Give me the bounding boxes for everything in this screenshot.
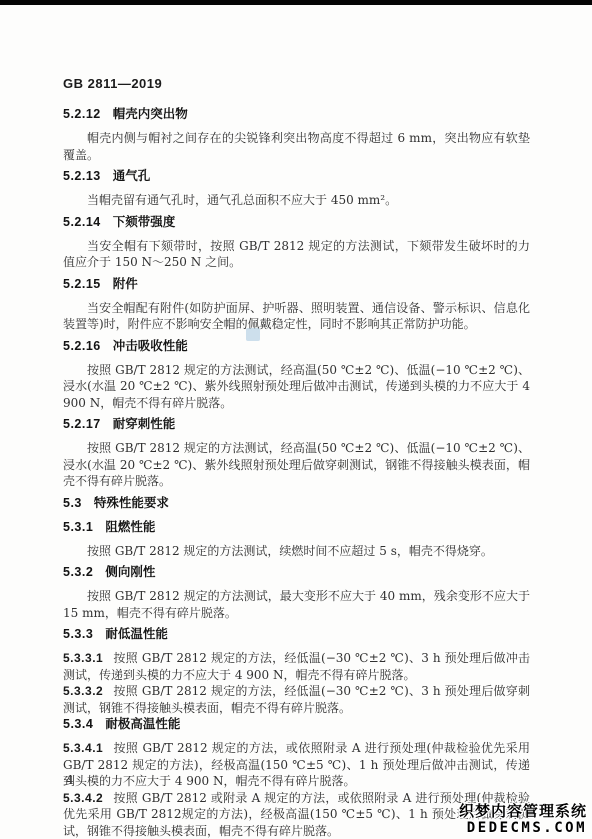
paragraph-text: 按照 GB/T 2812 规定的方法测试，经高温(50 ℃±2 ℃)、低温(−1… — [63, 363, 530, 410]
section-heading: 5.2.12帽壳内突出物 — [63, 106, 530, 123]
paragraph: 按照 GB/T 2812 规定的方法测试，最大变形不应大于 40 mm，残余变形… — [63, 588, 530, 621]
section-heading: 5.2.14下颏带强度 — [63, 214, 530, 231]
clause-title: 耐低温性能 — [105, 627, 168, 641]
clause-number: 5.2.15 — [63, 277, 101, 291]
cms-watermark-chinese: 织梦内容管理系统 — [459, 804, 587, 821]
subclause-paragraph: 5.3.4.1按照 GB/T 2812 规定的方法，或依照附录 A 进行预处理(… — [63, 740, 530, 790]
cms-watermark: 织梦内容管理系统 DEDECMS.COM — [459, 804, 587, 836]
paragraph-text: 帽壳内侧与帽衬之间存在的尖锐锋利突出物高度不得超过 6 mm，突出物应有软垫覆盖… — [63, 131, 530, 162]
cms-watermark-domain: DEDECMS.COM — [459, 821, 587, 836]
paragraph-text: 按照 GB/T 2812 规定的方法测试，经高温(50 ℃±2 ℃)、低温(−1… — [63, 441, 530, 488]
clause-number: 5.3 — [63, 496, 82, 510]
clause-number: 5.3.2 — [63, 565, 93, 579]
clause-number: 5.3.3 — [63, 627, 93, 641]
paragraph-text: 按照 GB/T 2812 规定的方法测试，续燃时间不应超过 5 s，帽壳不得烧穿… — [87, 544, 493, 558]
paragraph: 当帽壳留有通气孔时，通气孔总面积不应大于 450 mm²。 — [63, 192, 530, 209]
standard-code-header: GB 2811—2019 — [63, 76, 530, 91]
paragraph: 按照 GB/T 2812 规定的方法测试，经高温(50 ℃±2 ℃)、低温(−1… — [63, 440, 530, 490]
section-heading: 5.2.15附件 — [63, 276, 530, 293]
paragraph-text: 当帽壳留有通气孔时，通气孔总面积不应大于 450 mm²。 — [87, 193, 397, 207]
document-body: 5.2.12帽壳内突出物帽壳内侧与帽衬之间存在的尖锐锋利突出物高度不得超过 6 … — [63, 106, 530, 839]
paragraph-text: 按照 GB/T 2812 规定的方法，或依照附录 A 进行预处理(仲裁检验优先采… — [63, 741, 530, 788]
subclause-paragraph: 5.3.3.2按照 GB/T 2812 规定的方法，经低温(−30 ℃±2 ℃)… — [63, 683, 530, 716]
paragraph: 当安全帽有下颏带时，按照 GB/T 2812 规定的方法测试，下颏带发生破坏时的… — [63, 238, 530, 271]
clause-title: 耐穿刺性能 — [113, 417, 176, 431]
section-heading: 5.3.1阻燃性能 — [63, 519, 530, 536]
stamp-watermark-icon — [246, 328, 260, 341]
clause-number: 5.2.17 — [63, 417, 101, 431]
section-heading: 5.2.13通气孔 — [63, 168, 530, 185]
section-heading: 5.3.4耐极高温性能 — [63, 716, 530, 733]
clause-title: 下颏带强度 — [113, 215, 176, 229]
section-heading: 5.2.16冲击吸收性能 — [63, 338, 530, 355]
clause-title: 特殊性能要求 — [94, 496, 169, 510]
clause-title: 耐极高温性能 — [105, 717, 180, 731]
clause-number: 5.2.16 — [63, 339, 101, 353]
paragraph: 按照 GB/T 2812 规定的方法测试，续燃时间不应超过 5 s，帽壳不得烧穿… — [63, 543, 530, 560]
paragraph-text: 当安全帽配有附件(如防护面屏、护听器、照明装置、通信设备、警示标识、信息化装置等… — [63, 301, 530, 332]
clause-number: 5.2.12 — [63, 107, 101, 121]
clause-number: 5.3.4 — [63, 717, 93, 731]
clause-title: 帽壳内突出物 — [113, 107, 188, 121]
paragraph: 当安全帽配有附件(如防护面屏、护听器、照明装置、通信设备、警示标识、信息化装置等… — [63, 300, 530, 333]
subclause-number: 5.3.4.2 — [63, 791, 103, 805]
clause-title: 侧向刚性 — [105, 565, 155, 579]
clause-number: 5.2.13 — [63, 169, 101, 183]
clause-title: 阻燃性能 — [105, 520, 155, 534]
clause-number: 5.2.14 — [63, 215, 101, 229]
subclause-number: 5.3.4.1 — [63, 741, 103, 755]
paragraph: 按照 GB/T 2812 规定的方法测试，经高温(50 ℃±2 ℃)、低温(−1… — [63, 362, 530, 412]
subclause-number: 5.3.3.1 — [63, 651, 103, 665]
scan-top-border — [0, 0, 592, 5]
section-heading: 5.2.17耐穿刺性能 — [63, 416, 530, 433]
paragraph-text: 按照 GB/T 2812 规定的方法，经低温(−30 ℃±2 ℃)、3 h 预处… — [63, 684, 530, 715]
page-number: 4 — [66, 773, 74, 787]
paragraph: 帽壳内侧与帽衬之间存在的尖锐锋利突出物高度不得超过 6 mm，突出物应有软垫覆盖… — [63, 130, 530, 163]
section-heading: 5.3.2侧向刚性 — [63, 564, 530, 581]
clause-number: 5.3.1 — [63, 520, 93, 534]
section-heading: 5.3.3耐低温性能 — [63, 626, 530, 643]
paragraph-text: 当安全帽有下颏带时，按照 GB/T 2812 规定的方法测试，下颏带发生破坏时的… — [63, 239, 530, 270]
clause-title: 冲击吸收性能 — [113, 339, 188, 353]
subclause-paragraph: 5.3.3.1按照 GB/T 2812 规定的方法，经低温(−30 ℃±2 ℃)… — [63, 650, 530, 683]
subclause-number: 5.3.3.2 — [63, 684, 103, 698]
clause-title: 通气孔 — [113, 169, 151, 183]
clause-title: 附件 — [113, 277, 138, 291]
paragraph-text: 按照 GB/T 2812 规定的方法，经低温(−30 ℃±2 ℃)、3 h 预处… — [63, 651, 530, 682]
document-page: GB 2811—2019 5.2.12帽壳内突出物帽壳内侧与帽衬之间存在的尖锐锋… — [63, 76, 530, 839]
section-heading: 5.3特殊性能要求 — [63, 495, 530, 512]
paragraph-text: 按照 GB/T 2812 规定的方法测试，最大变形不应大于 40 mm，残余变形… — [63, 589, 530, 620]
